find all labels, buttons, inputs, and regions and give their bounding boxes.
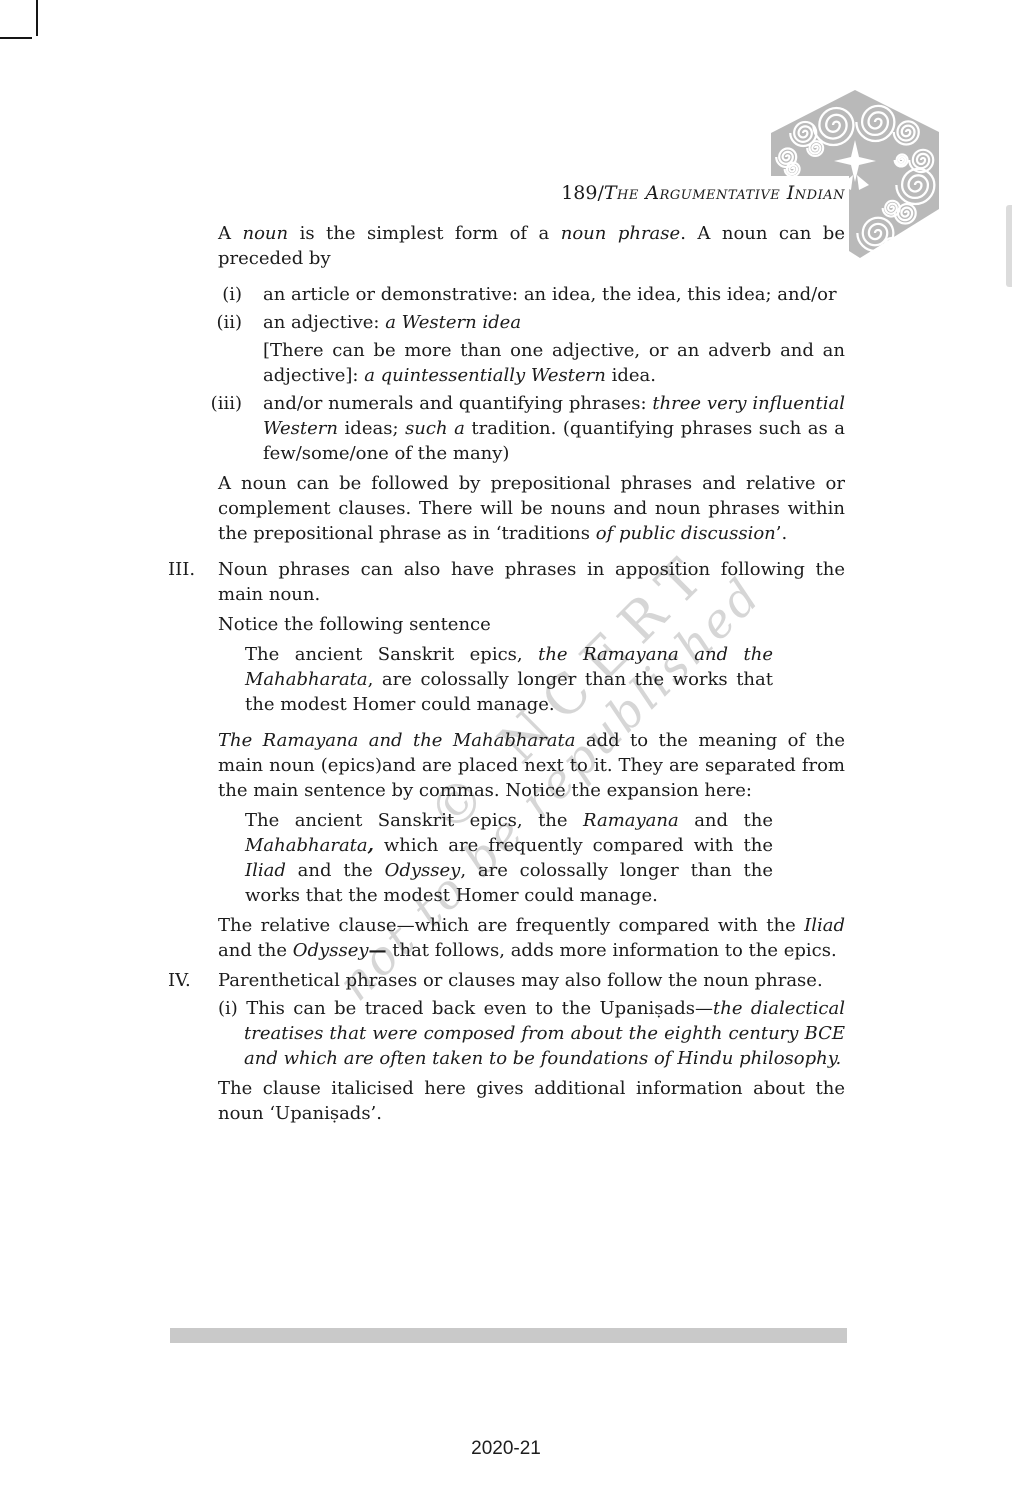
paragraph-relative-clause: The relative clause—which are frequently…	[218, 913, 845, 963]
crop-mark-vertical	[36, 0, 38, 36]
list-item-ii: (ii)an adjective: a Western idea	[168, 310, 845, 335]
list-marker: (iii)	[168, 391, 242, 416]
list-marker: III.	[168, 557, 195, 582]
list-marker: (ii)	[168, 310, 242, 335]
paragraph-noun-intro: A noun is the simplest form of a noun ph…	[218, 221, 845, 271]
list-marker: IV.	[168, 968, 191, 993]
document-body: A noun is the simplest form of a noun ph…	[168, 221, 845, 1126]
page-edge-artifact	[1006, 205, 1012, 287]
page-number: 189	[561, 182, 597, 204]
crop-mark-horizontal	[0, 37, 32, 39]
list-marker: (i)	[168, 282, 242, 307]
document-page: 189/The Argumentative Indian © NCERT not…	[0, 0, 1012, 1500]
paragraph-clause-italicised: The clause italicised here gives additio…	[218, 1076, 845, 1126]
list-item-iv-i: (i) This can be traced back even to the …	[218, 996, 845, 1071]
list-item-ii-note: [There can be more than one adjective, o…	[263, 338, 845, 388]
example-sentence-2: The ancient Sanskrit epics, the Ramayana…	[245, 808, 773, 908]
example-sentence-1: The ancient Sanskrit epics, the Ramayana…	[245, 642, 773, 717]
book-title: The Argumentative Indian	[604, 182, 845, 204]
section-IV: IV.Parenthetical phrases or clauses may …	[168, 968, 845, 993]
divider-bar	[170, 1328, 847, 1343]
paragraph-noun-followed: A noun can be followed by prepositional …	[218, 471, 845, 546]
list-item-i: (i)an article or demonstrative: an idea,…	[168, 282, 845, 307]
list-marker: (i)	[218, 998, 238, 1019]
list-item-iii: (iii)and/or numerals and quantifying phr…	[168, 391, 845, 466]
section-III: III.Noun phrases can also have phrases i…	[168, 557, 845, 607]
footer-year: 2020-21	[0, 1438, 1012, 1460]
paragraph-notice: Notice the following sentence	[218, 612, 845, 637]
paragraph-apposition-explain: The Ramayana and the Mahabharata add to …	[218, 728, 845, 803]
page-header: 189/The Argumentative Indian	[168, 182, 845, 204]
